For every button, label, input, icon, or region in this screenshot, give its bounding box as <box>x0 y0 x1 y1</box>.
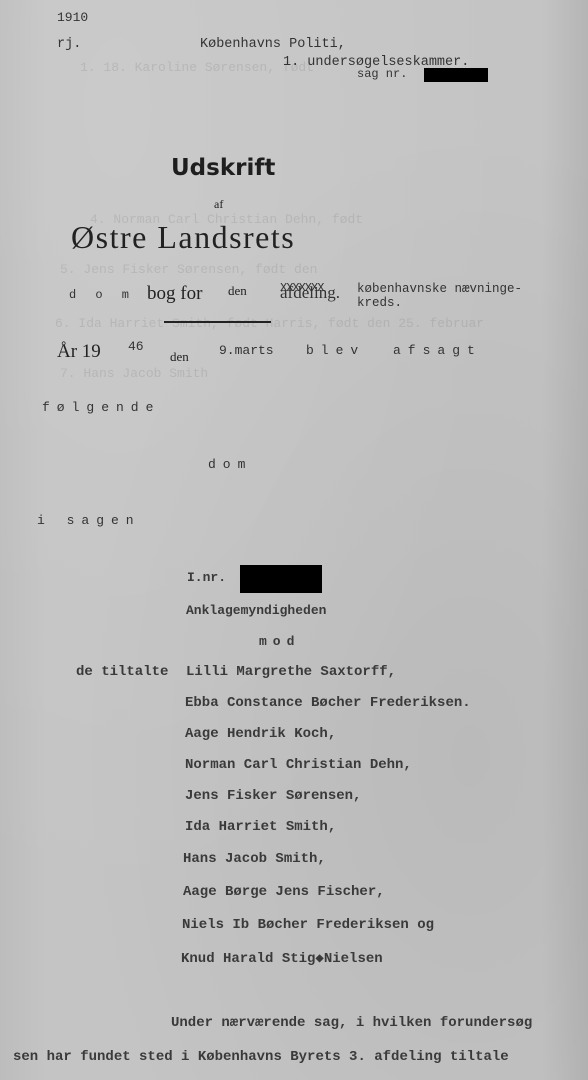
defendant-name: Ida Harriet Smith, <box>185 819 336 835</box>
strike-overtype: XXXXXXX <box>280 281 340 295</box>
defendant-name: Hans Jacob Smith, <box>183 851 326 867</box>
bleed-through-text: 5. Jens Fisker Sørensen, født den <box>60 262 317 277</box>
folgende-spaced: følgende <box>42 400 160 415</box>
bleed-through-text: 6. Ida Harriet Smith, født Harris, født … <box>55 316 484 331</box>
struck-department: afdeling. XXXXXXX <box>280 283 340 303</box>
defendant-name: Knud Harald Stig◆Nielsen <box>181 950 383 967</box>
body-line-2: sen har fundet sted i Københavns Byrets … <box>13 1049 509 1065</box>
authority-line-1: Københavns Politi, <box>200 37 346 52</box>
case-number-label: sag nr. <box>357 67 407 81</box>
afsagt-spaced: afsagt <box>393 343 482 358</box>
dom-spaced: d o m <box>69 288 135 302</box>
typed-insert-line-2: kreds. <box>357 296 402 310</box>
court-name: Østre Landsrets <box>71 219 295 256</box>
date-den: den <box>170 349 189 365</box>
heading-of: af <box>214 197 223 212</box>
defendant-name: Norman Carl Christian Dehn, <box>185 757 412 773</box>
document-heading: Udskrift <box>171 155 275 181</box>
bleed-through-text: 7. Hans Jacob Smith <box>60 366 208 381</box>
defendant-name: Aage Hendrik Koch, <box>185 726 336 742</box>
dom-centered: dom <box>208 457 252 472</box>
underline-rule <box>164 321 271 323</box>
judgment-date: 9.marts <box>219 343 274 358</box>
defendant-name: Jens Fisker Sørensen, <box>185 788 361 804</box>
defendant-name: Aage Børge Jens Fischer, <box>183 884 385 900</box>
year-stamp: 1910 <box>57 10 88 25</box>
blev-spaced: blev <box>306 343 365 358</box>
lnr-label: I.nr. <box>187 570 226 585</box>
year-suffix: 46 <box>128 339 144 354</box>
prosecution: Anklagemyndigheden <box>186 603 326 618</box>
year-prefix: År 19 <box>57 341 101 363</box>
initials: rj. <box>57 37 81 52</box>
defendant-name: Niels Ib Bøcher Frederiksen og <box>182 917 434 933</box>
against-label: mod <box>259 634 300 649</box>
den-label: den <box>228 283 247 299</box>
bleed-through-text: 1. 18. Karoline Sørensen, født <box>80 60 314 75</box>
defendants-label: de tiltalte <box>76 664 168 680</box>
redacted-lnr <box>240 565 322 593</box>
document-page: 1. 18. Karoline Sørensen, født 4. Norman… <box>0 0 588 1080</box>
i-sagen-spaced: i sagen <box>37 513 141 528</box>
typed-insert-line-1: københavnske nævninge- <box>357 282 522 296</box>
redacted-case-number <box>424 68 488 82</box>
defendant-name: Lilli Margrethe Saxtorff, <box>186 664 396 680</box>
body-line-1: Under nærværende sag, i hvilken forunder… <box>171 1015 532 1031</box>
bog-for: bog for <box>147 283 202 305</box>
defendant-name: Ebba Constance Bøcher Frederiksen. <box>185 695 471 711</box>
